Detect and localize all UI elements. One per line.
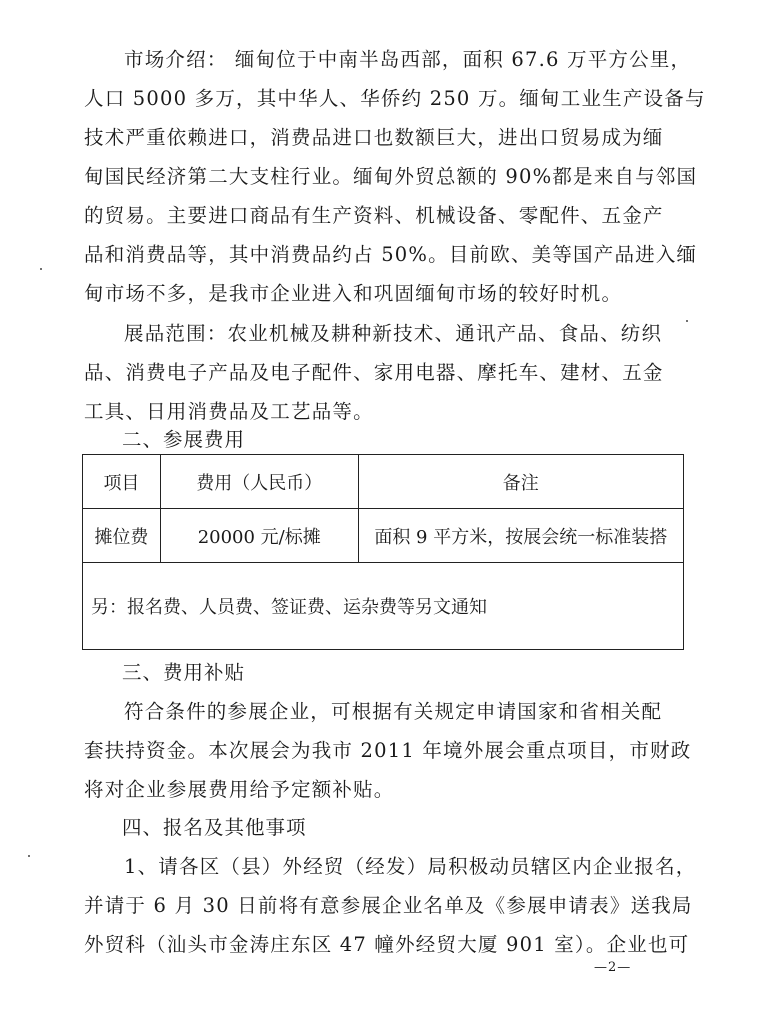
table-header-item: 项目 xyxy=(83,455,161,509)
text-line: 甸市场不多，是我市企业进入和巩固缅甸市场的较好时机。 xyxy=(84,282,689,306)
fee-table: 项目 费用（人民币） 备注 摊位费 20000 元/标摊 面积 9 平方米，按展… xyxy=(82,454,684,650)
table-cell-item: 摊位费 xyxy=(83,509,161,563)
scan-speck xyxy=(40,268,42,270)
scan-speck xyxy=(686,246,688,248)
text-line: 品和消费品等，其中消费品约占 50%。目前欧、美等国产品进入缅 xyxy=(84,243,689,267)
text-line: 符合条件的参展企业，可根据有关规定申请国家和省相关配 xyxy=(124,700,729,724)
section-heading-fees: 二、参展费用 xyxy=(122,428,245,452)
text-line: 品、消费电子产品及电子配件、家用电器、摩托车、建材、五金 xyxy=(84,361,689,385)
text-line: 1、请各区（县）外经贸（经发）局积极动员辖区内企业报名， xyxy=(124,855,729,879)
text-line: 的贸易。主要进口商品有生产资料、机械设备、零配件、五金产 xyxy=(84,204,689,228)
text-line: 套扶持资金。本次展会为我市 2011 年境外展会重点项目，市财政 xyxy=(84,739,689,763)
scan-speck xyxy=(28,855,30,857)
scan-speck xyxy=(686,320,688,322)
text-line: 工具、日用消费品及工艺品等。 xyxy=(84,400,689,424)
text-line: 甸国民经济第二大支柱行业。缅甸外贸总额的 90%都是来自与邻国 xyxy=(84,165,689,189)
document-page: 市场介绍： 缅甸位于中南半岛西部，面积 67.6 万平方公里， 人口 5000 … xyxy=(0,0,768,1024)
table-cell-fee: 20000 元/标摊 xyxy=(160,509,358,563)
table-footnote: 另：报名费、人员费、签证费、运杂费等另文通知 xyxy=(83,563,684,650)
text-line: 展品范围：农业机械及耕种新技术、通讯产品、食品、纺织 xyxy=(124,322,729,346)
text-line: 人口 5000 多万，其中华人、华侨约 250 万。缅甸工业生产设备与 xyxy=(84,87,689,111)
table-row: 摊位费 20000 元/标摊 面积 9 平方米，按展会统一标准装搭 xyxy=(83,509,684,563)
text-line: 并请于 6 月 30 日前将有意参展企业名单及《参展申请表》送我局 xyxy=(84,894,689,918)
text-line: 将对企业参展费用给予定额补贴。 xyxy=(84,778,689,802)
text-line: 外贸科（汕头市金涛庄东区 47 幢外经贸大厦 901 室）。企业也可 xyxy=(84,933,689,957)
page-number: —2— xyxy=(594,960,631,975)
table-header-fee: 费用（人民币） xyxy=(160,455,358,509)
section-heading-registration: 四、报名及其他事项 xyxy=(122,816,307,840)
table-header-note: 备注 xyxy=(358,455,683,509)
text-line: 技术严重依赖进口，消费品进口也数额巨大，进出口贸易成为缅 xyxy=(84,126,689,150)
section-heading-subsidy: 三、费用补贴 xyxy=(122,661,245,685)
text-line: 市场介绍： 缅甸位于中南半岛西部，面积 67.6 万平方公里， xyxy=(124,48,729,72)
table-cell-note: 面积 9 平方米，按展会统一标准装搭 xyxy=(358,509,683,563)
table-footnote-row: 另：报名费、人员费、签证费、运杂费等另文通知 xyxy=(83,563,684,650)
table-header-row: 项目 费用（人民币） 备注 xyxy=(83,455,684,509)
